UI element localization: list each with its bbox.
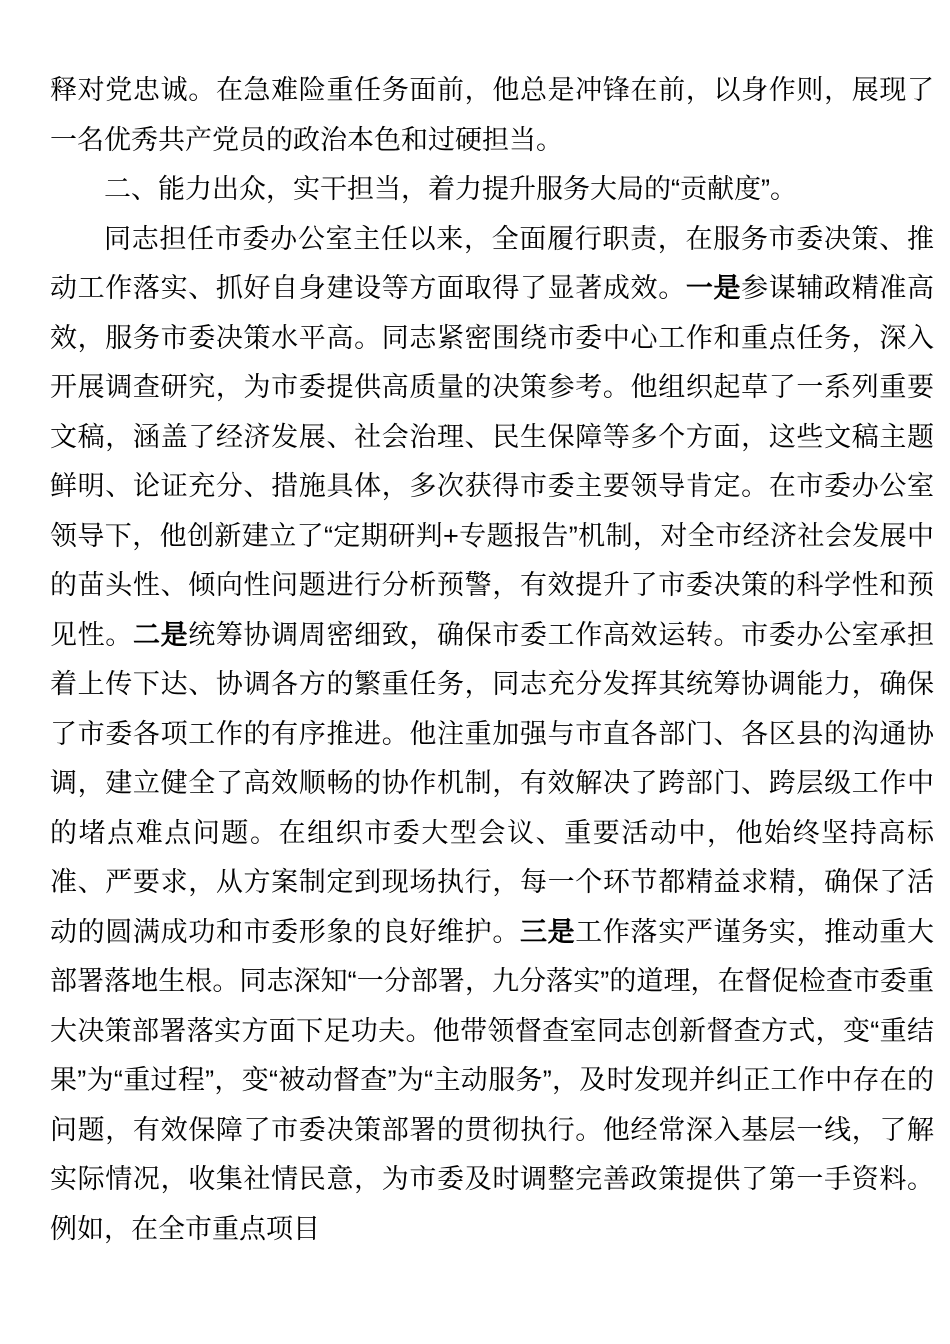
text-run: 释对党忠诚。在急难险重任务面前，他总是冲锋在前，以身作则，展现了一名优秀共产党员…: [50, 75, 934, 155]
body-paragraph: 释对党忠诚。在急难险重任务面前，他总是冲锋在前，以身作则，展现了一名优秀共产党员…: [50, 66, 934, 165]
text-run: 二、能力出众，实干担当，着力提升服务大局的“贡献度”。: [104, 174, 797, 204]
bold-text-run: 一是: [686, 273, 741, 303]
body-paragraph: 同志担任市委办公室主任以来，全面履行职责，在服务市委决策、推动工作落实、抓好自身…: [50, 215, 934, 1255]
text-run: 工作落实严谨务实，推动重大部署落地生根。同志深知“一分部署，九分落实”的道理，在…: [50, 917, 934, 1244]
text-run: 统筹协调周密细致，确保市委工作高效运转。市委办公室承担着上传下达、协调各方的繁重…: [50, 620, 934, 947]
section-heading: 二、能力出众，实干担当，着力提升服务大局的“贡献度”。: [50, 165, 934, 215]
bold-text-run: 三是: [520, 917, 575, 947]
document-page: 释对党忠诚。在急难险重任务面前，他总是冲锋在前，以身作则，展现了一名优秀共产党员…: [0, 0, 950, 1344]
text-run: 参谋辅政精准高效，服务市委决策水平高。同志紧密围绕市委中心工作和重点任务，深入开…: [50, 273, 934, 650]
bold-text-run: 二是: [133, 620, 188, 650]
